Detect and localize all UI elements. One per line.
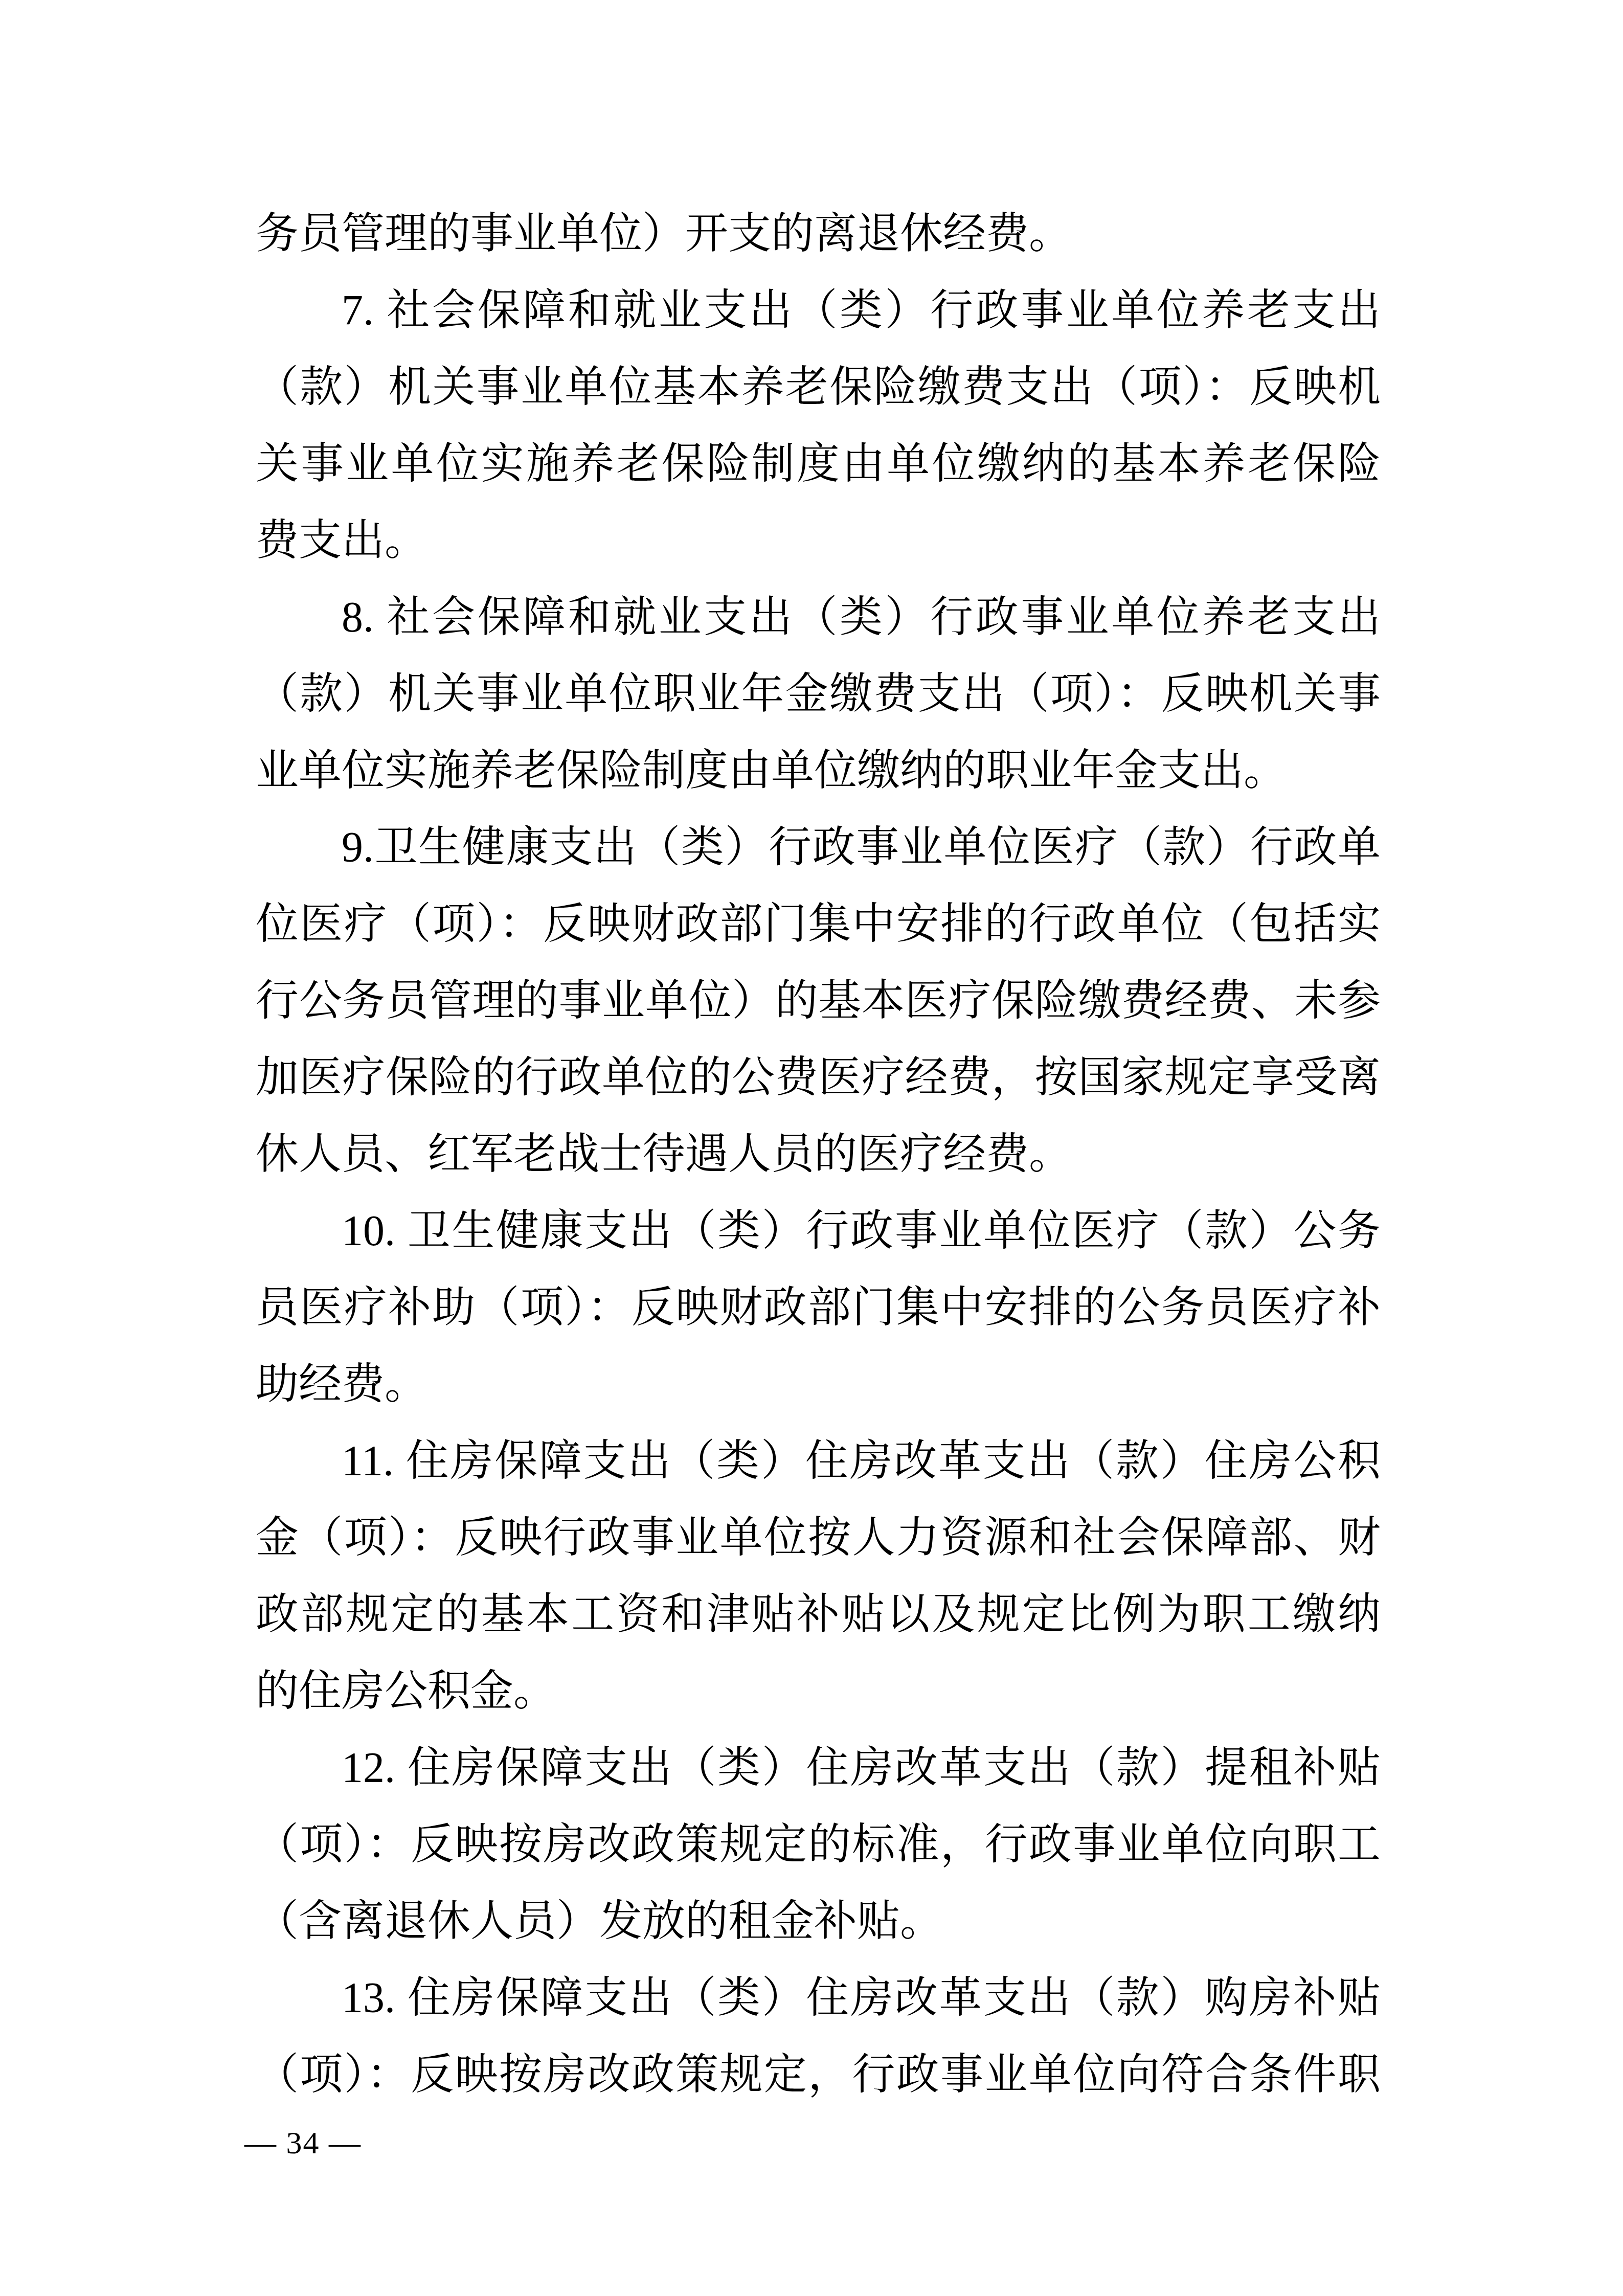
text-line: 9.卫生健康支出（类）行政事业单位医疗（款）行政单 xyxy=(256,809,1381,886)
text-line: 11. 住房保障支出（类）住房改革支出（款）住房公积 xyxy=(256,1423,1381,1500)
text-line: 13. 住房保障支出（类）住房改革支出（款）购房补贴 xyxy=(256,1960,1381,2037)
document-page: 务员管理的事业单位）开支的离退休经费。7. 社会保障和就业支出（类）行政事业单位… xyxy=(0,0,1623,2296)
text-line: 费支出。 xyxy=(256,503,1381,579)
text-line: 休人员、红军老战士待遇人员的医疗经费。 xyxy=(256,1116,1381,1193)
text-line: 业单位实施养老保险制度由单位缴纳的职业年金支出。 xyxy=(256,733,1381,809)
text-line: 的住房公积金。 xyxy=(256,1653,1381,1730)
text-line: 10. 卫生健康支出（类）行政事业单位医疗（款）公务 xyxy=(256,1193,1381,1270)
text-line: 12. 住房保障支出（类）住房改革支出（款）提租补贴 xyxy=(256,1730,1381,1807)
text-line: 务员管理的事业单位）开支的离退休经费。 xyxy=(256,196,1381,273)
text-line: （款）机关事业单位职业年金缴费支出（项）：反映机关事 xyxy=(256,656,1381,733)
text-line: （项）：反映按房改政策规定，行政事业单位向符合条件职 xyxy=(256,2037,1381,2113)
text-line: 位医疗（项）：反映财政部门集中安排的行政单位（包括实 xyxy=(256,886,1381,963)
text-line: 员医疗补助（项）：反映财政部门集中安排的公务员医疗补 xyxy=(256,1270,1381,1346)
text-line: 加医疗保险的行政单位的公费医疗经费，按国家规定享受离 xyxy=(256,1040,1381,1116)
text-line: 8. 社会保障和就业支出（类）行政事业单位养老支出 xyxy=(256,579,1381,656)
text-line: （款）机关事业单位基本养老保险缴费支出（项）：反映机 xyxy=(256,349,1381,426)
text-line: 金（项）：反映行政事业单位按人力资源和社会保障部、财 xyxy=(256,1500,1381,1577)
text-line: 助经费。 xyxy=(256,1346,1381,1423)
text-line: 政部规定的基本工资和津贴补贴以及规定比例为职工缴纳 xyxy=(256,1577,1381,1653)
text-line: 行公务员管理的事业单位）的基本医疗保险缴费经费、未参 xyxy=(256,963,1381,1040)
text-line: 关事业单位实施养老保险制度由单位缴纳的基本养老保险 xyxy=(256,426,1381,503)
text-line: （项）：反映按房改政策规定的标准，行政事业单位向职工 xyxy=(256,1807,1381,1883)
page-number: — 34 — xyxy=(244,2125,362,2161)
text-line: （含离退休人员）发放的租金补贴。 xyxy=(256,1883,1381,1960)
text-line: 7. 社会保障和就业支出（类）行政事业单位养老支出 xyxy=(256,273,1381,349)
document-body: 务员管理的事业单位）开支的离退休经费。7. 社会保障和就业支出（类）行政事业单位… xyxy=(256,196,1381,2113)
